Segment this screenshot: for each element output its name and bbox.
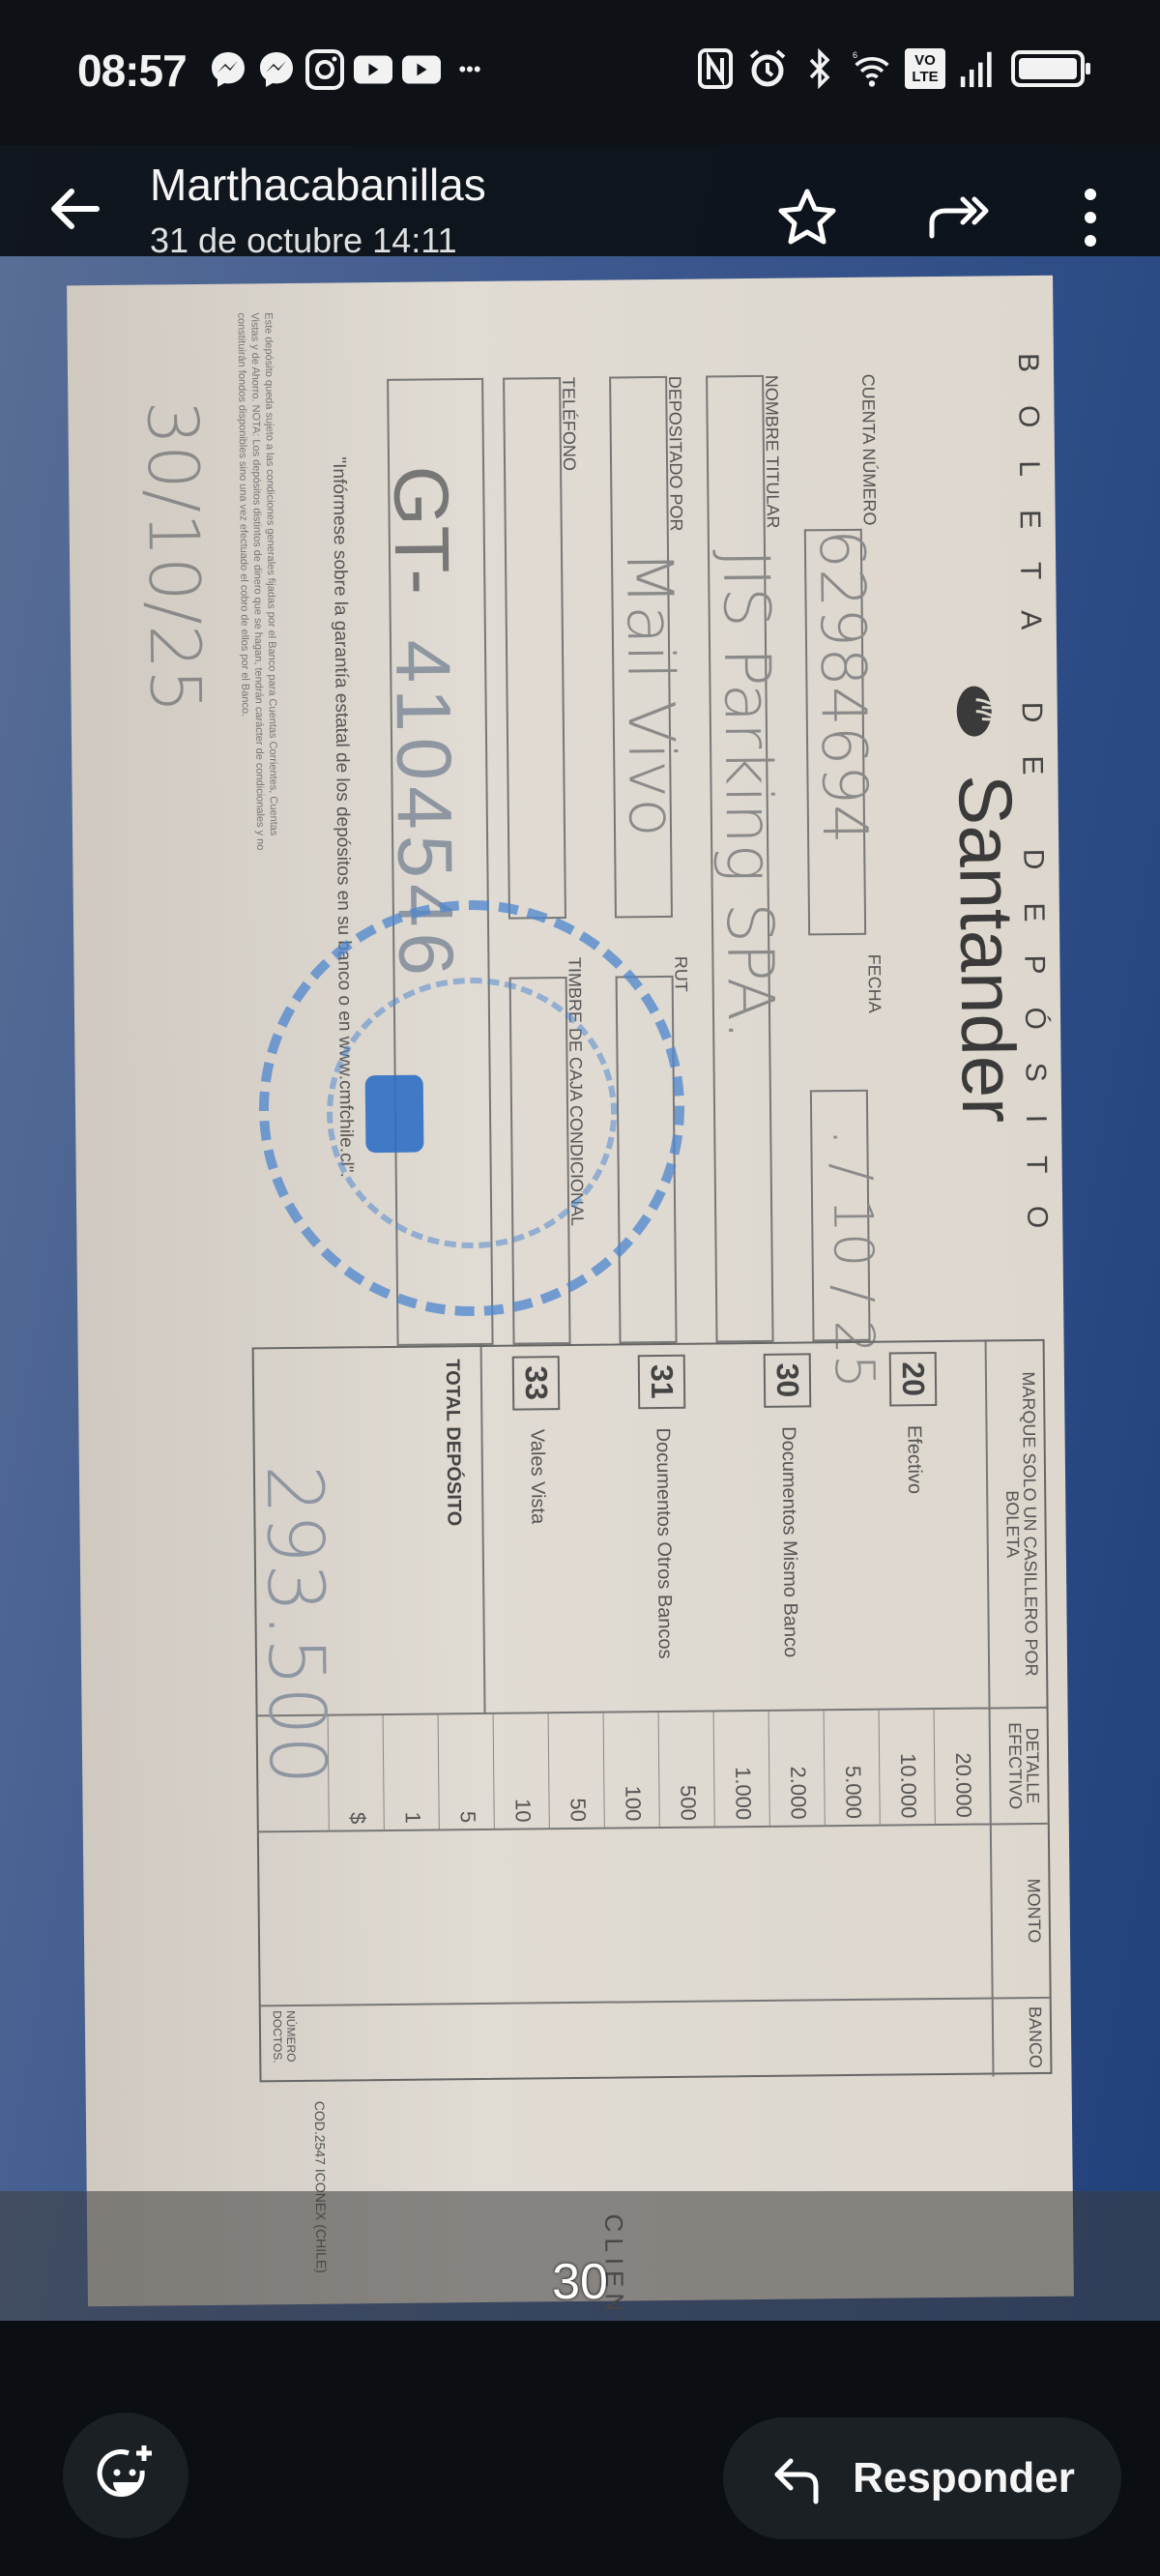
depositado-value: Mail Vivo xyxy=(612,550,689,837)
emoji-add-icon xyxy=(92,2442,159,2509)
option-code: 20 xyxy=(889,1352,938,1406)
santander-flame-icon xyxy=(935,682,1024,741)
handwritten-date: 30/10/25 xyxy=(131,400,216,714)
bank-brand: Santander xyxy=(935,682,1033,1124)
monto-column: MONTO 293.500 xyxy=(259,1825,1050,2007)
sender-name: Marthacabanillas xyxy=(150,159,486,211)
option-label: Efectivo xyxy=(904,1425,924,1494)
numero-doctos-label: NÚMERO DOCTOS. xyxy=(271,2010,299,2084)
status-bar: 08:57 ••• 6 VO LTE xyxy=(0,0,1160,145)
deposit-slip: BOLETA DE DEPÓSITO Santander Este depósi… xyxy=(67,276,1074,2307)
instagram-icon xyxy=(305,50,344,89)
option-code: 30 xyxy=(764,1353,812,1407)
more-options-button[interactable] xyxy=(1073,179,1108,256)
alarm-icon xyxy=(748,49,787,88)
arrow-left-icon xyxy=(39,170,116,248)
nfc-icon xyxy=(696,49,735,88)
cuenta-value: 62984694 xyxy=(805,529,880,845)
denomination-cell: 10 xyxy=(493,1713,549,1829)
star-icon xyxy=(773,184,841,251)
back-button[interactable] xyxy=(39,170,116,248)
options-header: MARQUE SOLO UN CASILLERO POR BOLETA xyxy=(985,1341,1047,1708)
photo-counter: 30 xyxy=(0,2253,1160,2311)
svg-text:6: 6 xyxy=(853,50,857,60)
reply-label: Responder xyxy=(853,2454,1075,2503)
denomination-cell: 10.000 xyxy=(879,1710,935,1825)
denomination-cell: 2.000 xyxy=(768,1711,825,1826)
option-label: Documentos Mismo Banco xyxy=(778,1426,800,1657)
option-row: 31Documentos Otros Bancos xyxy=(608,1344,738,1711)
denomination-cell: 20.000 xyxy=(934,1709,990,1824)
banco-column: BANCO NÚMERO DOCTOS. xyxy=(261,1999,1051,2085)
denomination-cell: 1 xyxy=(383,1714,439,1830)
messenger-icon xyxy=(257,50,296,89)
monto-header: MONTO xyxy=(990,1825,1050,1998)
bluetooth-icon xyxy=(800,49,839,88)
volte-icon: VO LTE xyxy=(905,48,945,89)
status-time: 08:57 xyxy=(77,44,187,97)
deposit-table: MARQUE SOLO UN CASILLERO POR BOLETA 20Ef… xyxy=(252,1339,1053,2083)
message-timestamp: 31 de octubre 14:11 xyxy=(150,220,457,261)
options-column: MARQUE SOLO UN CASILLERO POR BOLETA 20Ef… xyxy=(254,1341,1047,1717)
titular-value: JIS Parking SPA. xyxy=(709,549,788,1040)
denomination-cell: 500 xyxy=(658,1712,714,1827)
option-code: 33 xyxy=(512,1356,561,1410)
star-button[interactable] xyxy=(773,184,841,251)
option-label: Vales Vista xyxy=(527,1429,547,1524)
total-amount: 293.500 xyxy=(249,1465,342,1786)
banco-header: BANCO xyxy=(992,1999,1051,2077)
total-label: TOTAL DEPÓSITO xyxy=(423,1347,486,1713)
viewer-header: Marthacabanillas 31 de octubre 14:11 xyxy=(0,145,1160,256)
messenger-icon xyxy=(209,50,247,89)
denomination-cell: 1.000 xyxy=(713,1712,769,1827)
notification-icons: ••• xyxy=(209,50,489,89)
youtube-icon xyxy=(402,50,441,89)
forward-button[interactable] xyxy=(920,184,998,251)
forward-icon xyxy=(920,184,998,251)
telefono-box xyxy=(503,377,566,920)
cuenta-label: CUENTA NÚMERO xyxy=(857,374,880,526)
denomination-cell: 5.000 xyxy=(824,1711,880,1826)
reply-arrow-icon xyxy=(769,2449,827,2507)
bank-name: Santander xyxy=(942,775,1031,1124)
option-code: 31 xyxy=(638,1355,686,1409)
denomination-header: DETALLE EFECTIVO xyxy=(989,1709,1048,1824)
more-vertical-icon xyxy=(1073,179,1108,256)
denomination-column: DETALLE EFECTIVO 20.000 10.000 5.000 2.0… xyxy=(258,1709,1048,1833)
reply-button[interactable]: Responder xyxy=(723,2417,1121,2539)
youtube-icon xyxy=(354,50,392,89)
option-label: Documentos Otros Bancos xyxy=(652,1427,675,1658)
stamp-ink-blot xyxy=(365,1075,424,1154)
denomination-cell: 5 xyxy=(438,1714,494,1830)
system-icons: 6 VO LTE xyxy=(696,48,1085,89)
photo-viewer[interactable]: BOLETA DE DEPÓSITO Santander Este depósi… xyxy=(0,145,1160,2321)
more-notifications-icon: ••• xyxy=(450,50,489,89)
gt-prefix: GT- xyxy=(376,465,466,595)
add-reaction-button[interactable] xyxy=(63,2413,188,2538)
denomination-cell: 50 xyxy=(548,1713,604,1829)
fecha-label: FECHA xyxy=(863,954,884,1013)
wifi-6-icon: 6 xyxy=(853,49,891,88)
battery-level xyxy=(1019,58,1077,79)
option-row: 20Efectivo xyxy=(859,1342,989,1709)
battery-icon xyxy=(1011,50,1085,87)
option-row: 33Vales Vista xyxy=(482,1346,612,1712)
denomination-cell: 100 xyxy=(603,1712,659,1828)
signal-icon xyxy=(959,49,998,88)
bottom-bar: Responder xyxy=(0,2321,1160,2576)
legal-notice: Este depósito queda sujeto a las condici… xyxy=(234,312,280,854)
option-row: 30Documentos Mismo Banco xyxy=(734,1343,863,1710)
